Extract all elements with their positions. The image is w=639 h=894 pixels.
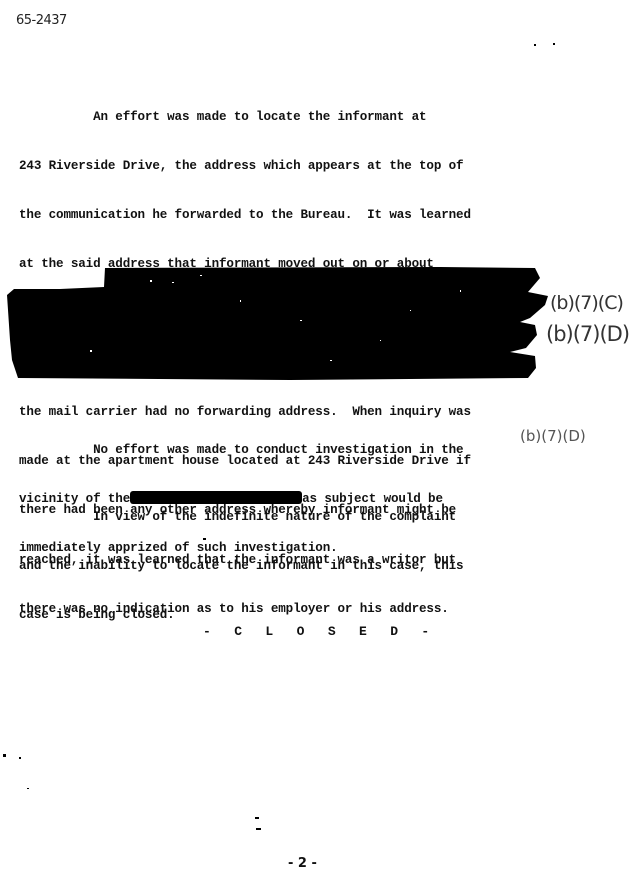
scan-speck — [255, 817, 259, 819]
scan-speck — [256, 828, 261, 830]
scan-speck — [27, 788, 29, 789]
text-line: No effort was made to conduct investigat… — [19, 442, 539, 458]
scan-speck — [553, 43, 555, 45]
scan-speck — [3, 754, 6, 757]
page-number: - 2 - — [288, 856, 317, 871]
exemption-label: (b)(7)(C) — [550, 292, 623, 314]
closed-stamp: - C L O S E D - — [203, 624, 429, 639]
scan-speck — [19, 757, 21, 759]
scan-speck — [534, 44, 536, 46]
text-line: and the inability to locate the informan… — [19, 558, 539, 574]
scan-speck — [203, 538, 206, 540]
exemption-label: (b)(7)(D) — [520, 427, 586, 445]
document-page: 65-2437 An effort was made to locate the… — [0, 0, 639, 894]
text-line: case is being closed. — [19, 607, 539, 623]
text-line: In view of the indefinite nature of the … — [19, 509, 539, 525]
exemption-label: (b)(7)(D) — [546, 322, 629, 346]
